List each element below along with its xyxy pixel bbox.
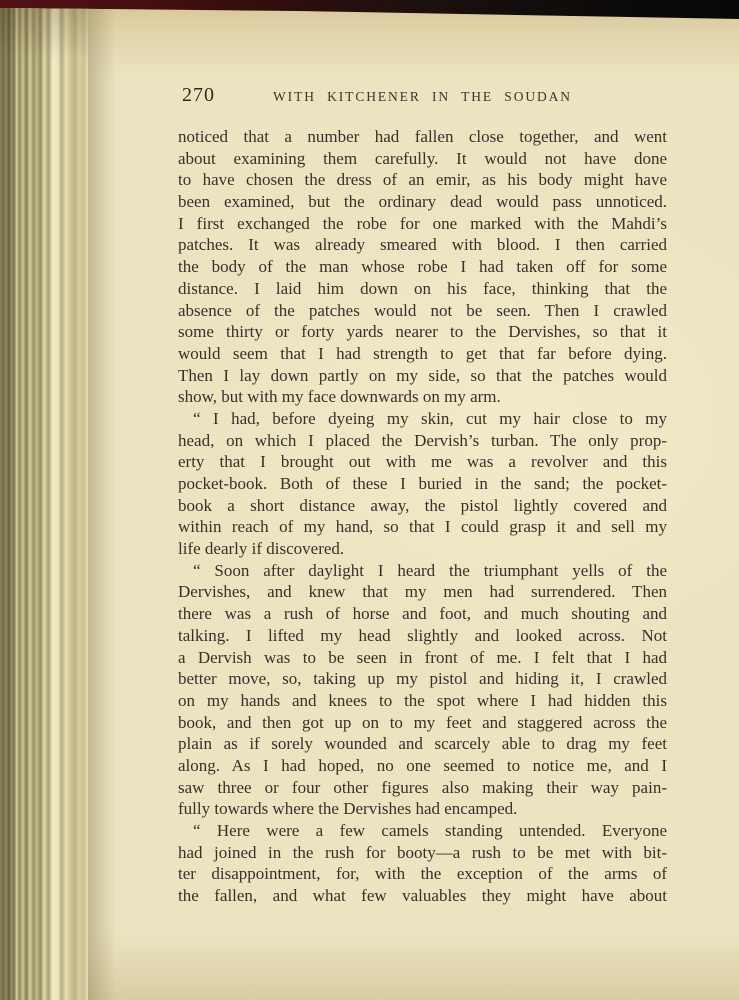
text-line: absence of the patches would not be seen… <box>178 300 667 322</box>
text-line: I first exchanged the robe for one marke… <box>178 213 667 235</box>
book-page: 270 WITH KITCHENER IN THE SOUDAN noticed… <box>0 0 739 1000</box>
text-line: patches. It was already smeared with blo… <box>178 234 667 256</box>
page-edge-stack <box>0 0 88 1000</box>
text-line: some thirty or forty yards nearer to the… <box>178 321 667 343</box>
text-line: head, on which I placed the Dervish’s tu… <box>178 430 667 452</box>
text-line: noticed that a number had fallen close t… <box>178 126 667 148</box>
text-line: Dervishes, and knew that my men had surr… <box>178 581 667 603</box>
page-text-block: 270 WITH KITCHENER IN THE SOUDAN noticed… <box>178 84 667 907</box>
text-line: “ Soon after daylight I heard the triump… <box>178 560 667 582</box>
text-line: been examined, but the ordinary dead wou… <box>178 191 667 213</box>
text-line: distance. I laid him down on his face, t… <box>178 278 667 300</box>
page-header: 270 WITH KITCHENER IN THE SOUDAN <box>178 84 667 112</box>
text-line: along. As I had hoped, no one seemed to … <box>178 755 667 777</box>
paragraph: “ Soon after daylight I heard the triump… <box>178 560 667 820</box>
text-line: book, and then got up on to my feet and … <box>178 712 667 734</box>
text-line: on my hands and knees to the spot where … <box>178 690 667 712</box>
text-line: Then I lay down partly on my side, so th… <box>178 365 667 387</box>
gutter-shadow <box>88 0 116 1000</box>
scanned-book-photo: 270 WITH KITCHENER IN THE SOUDAN noticed… <box>0 0 739 1000</box>
paragraph: noticed that a number had fallen close t… <box>178 126 667 408</box>
text-line: within reach of my hand, so that I could… <box>178 516 667 538</box>
text-line: had joined in the rush for booty—a rush … <box>178 842 667 864</box>
text-line: show, but with my face downwards on my a… <box>178 386 667 408</box>
text-line: better move, so, taking up my pistol and… <box>178 668 667 690</box>
paragraph: “ Here were a few camels standing untend… <box>178 820 667 907</box>
text-line: pocket-book. Both of these I buried in t… <box>178 473 667 495</box>
text-line: talking. I lifted my head slightly and l… <box>178 625 667 647</box>
text-line: “ I had, before dyeing my skin, cut my h… <box>178 408 667 430</box>
text-line: the fallen, and what few valuables they … <box>178 885 667 907</box>
paragraph: “ I had, before dyeing my skin, cut my h… <box>178 408 667 560</box>
text-line: saw three or four other figures also mak… <box>178 777 667 799</box>
text-line: fully towards where the Dervishes had en… <box>178 798 667 820</box>
text-line: erty that I brought out with me was a re… <box>178 451 667 473</box>
text-line: would seem that I had strength to get th… <box>178 343 667 365</box>
page-body: noticed that a number had fallen close t… <box>178 126 667 907</box>
text-line: book a short distance away, the pistol l… <box>178 495 667 517</box>
text-line: life dearly if discovered. <box>178 538 667 560</box>
text-line: the body of the man whose robe I had tak… <box>178 256 667 278</box>
text-line: “ Here were a few camels standing untend… <box>178 820 667 842</box>
text-line: to have chosen the dress of an emir, as … <box>178 169 667 191</box>
text-line: about examining them carefully. It would… <box>178 148 667 170</box>
text-line: there was a rush of horse and foot, and … <box>178 603 667 625</box>
text-line: plain as if sorely wounded and scarcely … <box>178 733 667 755</box>
text-line: a Dervish was to be seen in front of me.… <box>178 647 667 669</box>
text-line: ter disappointment, for, with the except… <box>178 863 667 885</box>
running-header: WITH KITCHENER IN THE SOUDAN <box>178 89 667 105</box>
